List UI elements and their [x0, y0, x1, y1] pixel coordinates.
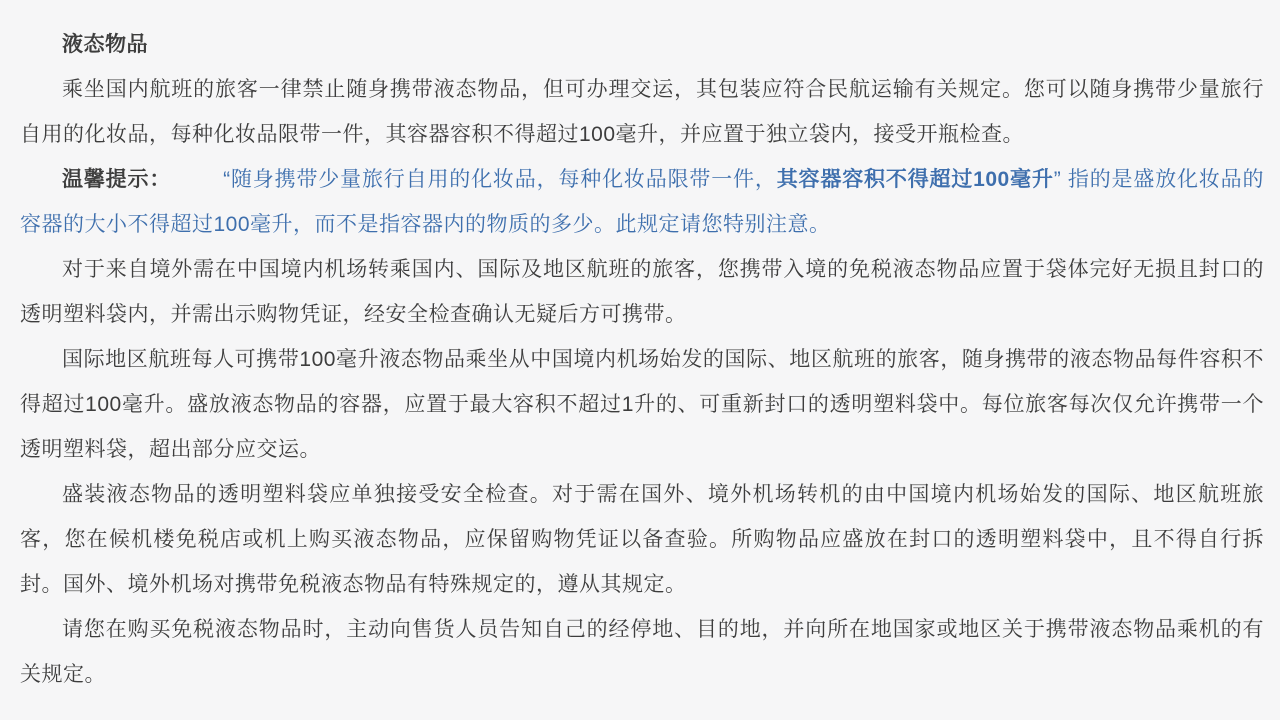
warm-tip-quote-start: “随身携带少量旅行自用的化妆品，每种化妆品限带一件， — [223, 168, 777, 191]
document-page: 液态物品 乘坐国内航班的旅客一律禁止随身携带液态物品，但可办理交运，其包装应符合… — [0, 0, 1280, 720]
warm-tip-label: 温馨提示： — [62, 168, 171, 191]
paragraph-international-flights: 国际地区航班每人可携带100毫升液态物品乘坐从中国境内机场始发的国际、地区航班的… — [20, 337, 1264, 472]
paragraph-warm-tip: 温馨提示：“随身携带少量旅行自用的化妆品，每种化妆品限带一件，其容器容积不得超过… — [20, 157, 1264, 247]
paragraph-security-check: 盛装液态物品的透明塑料袋应单独接受安全检查。对于需在国外、境外机场转机的由中国境… — [20, 472, 1264, 607]
paragraph-duty-free-purchase: 请您在购买免税液态物品时，主动向售货人员告知自己的经停地、目的地，并向所在地国家… — [20, 607, 1264, 697]
warm-tip-quote-bold: 其容器容积不得超过100毫升 — [777, 168, 1054, 191]
paragraph-domestic-rules: 乘坐国内航班的旅客一律禁止随身携带液态物品，但可办理交运，其包装应符合民航运输有… — [20, 67, 1264, 157]
paragraph-transfer-from-abroad: 对于来自境外需在中国境内机场转乘国内、国际及地区航班的旅客，您携带入境的免税液态… — [20, 247, 1264, 337]
page-title: 液态物品 — [20, 22, 1264, 67]
